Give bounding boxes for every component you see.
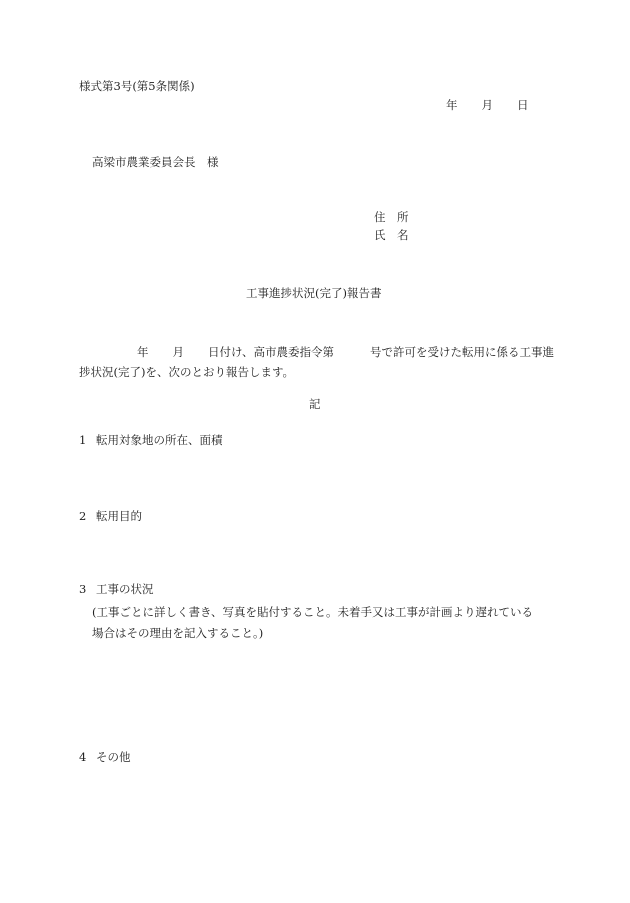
applicant-block: 住 所 氏 名: [374, 212, 409, 248]
item-label: その他: [96, 750, 131, 764]
date-month-label: 月: [482, 100, 494, 112]
item-3-note: (工事ごとに詳しく書き、写真を貼付すること。未着手又は工事が計画より遅れている …: [92, 602, 562, 644]
item-3: 3工事の状況: [79, 584, 154, 596]
item-1: 1転用対象地の所在、面積: [79, 435, 223, 447]
date-day-label: 日: [517, 100, 529, 112]
item-label: 転用対象地の所在、面積: [96, 433, 223, 447]
date-year-label: 年: [446, 100, 458, 112]
item-2: 2転用目的: [79, 511, 142, 523]
body-month-label: 月: [173, 345, 185, 359]
addressee: 高梁市農業委員会長 様: [92, 157, 219, 169]
ki-heading: 記: [309, 399, 321, 411]
body-year-label: 年: [137, 345, 149, 359]
item-label: 転用目的: [96, 509, 142, 523]
date-line: 年月日: [446, 100, 529, 112]
item-number: 3: [79, 584, 96, 596]
item-number: 2: [79, 511, 96, 523]
document-title: 工事進捗状況(完了)報告書: [246, 288, 381, 300]
form-number: 様式第3号(第5条関係): [79, 81, 195, 93]
body-text-part1: 日付け、高市農委指令第: [208, 345, 334, 359]
item-label: 工事の状況: [96, 582, 154, 596]
item-4: 4その他: [79, 752, 131, 764]
item-3-note-line1: (工事ごとに詳しく書き、写真を貼付すること。未着手又は工事が計画より遅れている: [92, 602, 562, 623]
body-paragraph: 年月日付け、高市農委指令第号で許可を受けた転用に係る工事進捗状況(完了)を、次の…: [79, 342, 559, 382]
name-label: 氏 名: [374, 230, 409, 248]
item-3-note-line2: 場合はその理由を記入すること。): [92, 623, 562, 644]
item-number: 1: [79, 435, 96, 447]
item-number: 4: [79, 752, 96, 764]
